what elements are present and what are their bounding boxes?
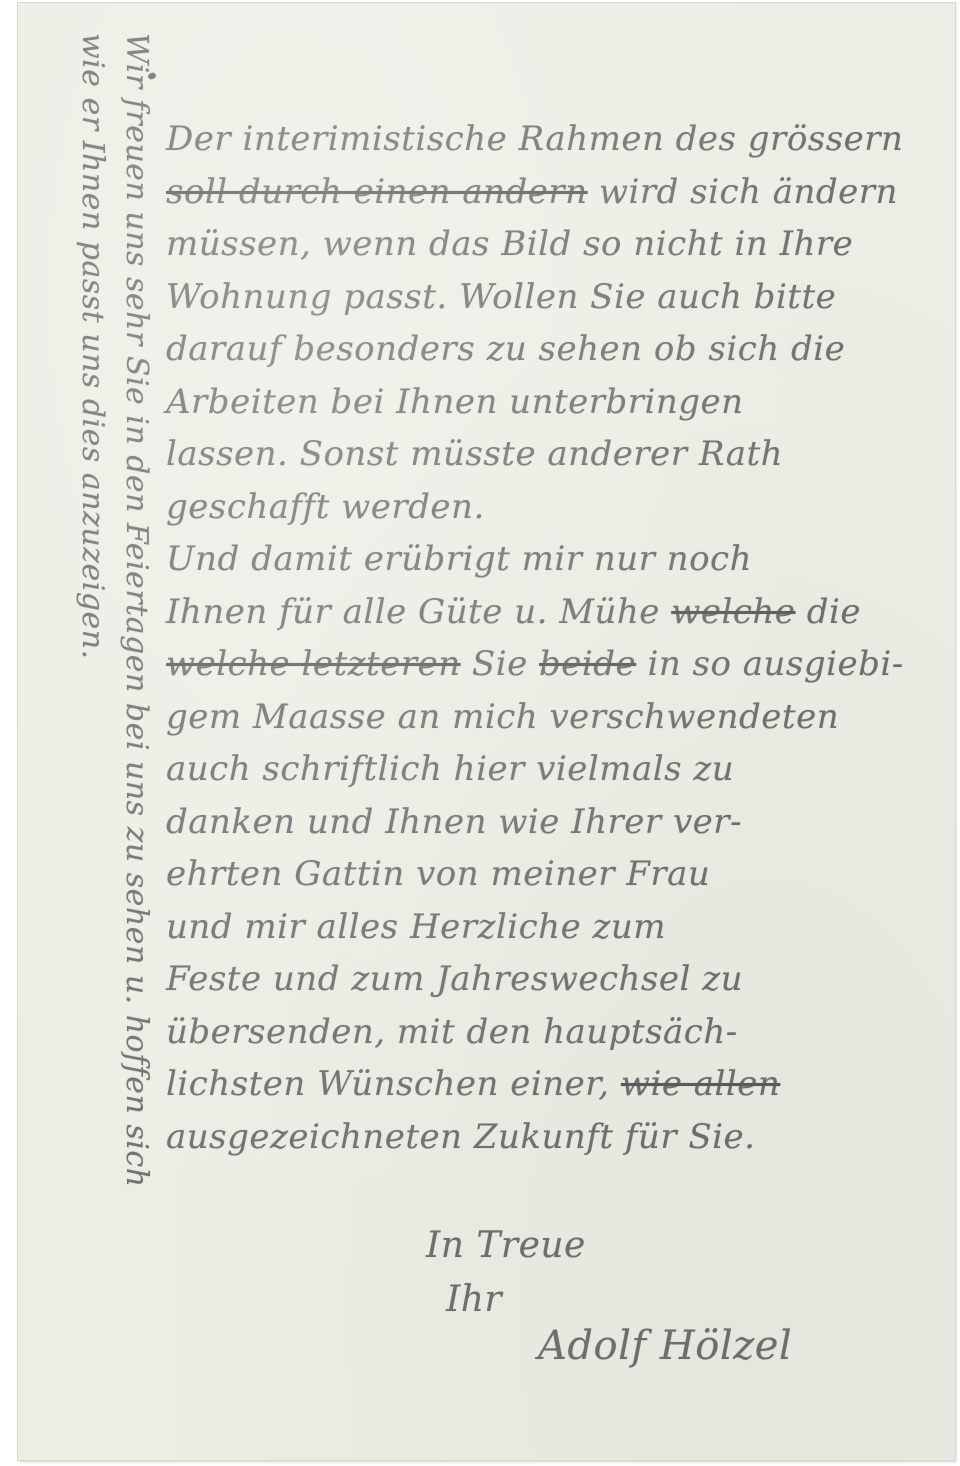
letter-line: welche letzteren Sie beide in so ausgieb… xyxy=(166,638,956,691)
closing-salutation: In Treue xyxy=(426,1225,586,1266)
signature: Adolf Hölzel xyxy=(538,1323,792,1369)
line-text: lichsten Wünschen einer, xyxy=(166,1064,621,1104)
line-text: geschafft werden. xyxy=(166,487,485,527)
margin-note: Wir freuen uns sehr Sie in den Feiertage… xyxy=(48,33,158,1373)
letter-line: darauf besonders zu sehen ob sich die xyxy=(166,323,956,376)
line-text: darauf besonders zu sehen ob sich die xyxy=(166,329,845,369)
struck-text: beide xyxy=(539,644,636,684)
letter-line: Wohnung passt. Wollen Sie auch bitte xyxy=(166,271,956,324)
closing-ihr: Ihr xyxy=(446,1279,502,1320)
letter-line: lichsten Wünschen einer, wie allen xyxy=(166,1058,956,1111)
letter-line: übersenden, mit den hauptsäch- xyxy=(166,1006,956,1059)
struck-text: wie allen xyxy=(621,1064,780,1104)
letter-line: gem Maasse an mich verschwendeten xyxy=(166,691,956,744)
line-text: Wohnung passt. Wollen Sie auch bitte xyxy=(166,277,836,317)
letter-line: danken und Ihnen wie Ihrer ver- xyxy=(166,796,956,849)
letter-line: auch schriftlich hier vielmals zu xyxy=(166,743,956,796)
letter-line: Feste und zum Jahreswechsel zu xyxy=(166,953,956,1006)
letter-line: geschafft werden. xyxy=(166,481,956,534)
line-text: ausgezeichneten Zukunft für Sie. xyxy=(166,1117,755,1157)
letter-line: Arbeiten bei Ihnen unterbringen xyxy=(166,376,956,429)
line-text: Feste und zum Jahreswechsel zu xyxy=(166,959,743,999)
struck-text: soll durch einen andern xyxy=(166,172,588,212)
line-text: in so ausgiebi- xyxy=(636,644,904,684)
struck-text: welche xyxy=(671,592,795,632)
struck-text: welche letzteren xyxy=(166,644,461,684)
letter-line: soll durch einen andern wird sich ändern xyxy=(166,166,956,219)
letter-line: ehrten Gattin von meiner Frau xyxy=(166,848,956,901)
letter-line: Der interimistische Rahmen des grössern xyxy=(166,113,956,166)
line-text: auch schriftlich hier vielmals zu xyxy=(166,749,734,789)
letter-line: ausgezeichneten Zukunft für Sie. xyxy=(166,1111,956,1164)
letter-line: Ihnen für alle Güte u. Mühe welche die xyxy=(166,586,956,639)
letter-line: lassen. Sonst müsste anderer Rath xyxy=(166,428,956,481)
line-text: Der interimistische Rahmen des grössern xyxy=(166,119,903,159)
line-text: lassen. Sonst müsste anderer Rath xyxy=(166,434,783,474)
line-text: gem Maasse an mich verschwendeten xyxy=(166,697,839,737)
letter-line: Und damit erübrigt mir nur noch xyxy=(166,533,956,586)
line-text: Sie xyxy=(461,644,539,684)
line-text: Und damit erübrigt mir nur noch xyxy=(166,539,752,579)
letter-paper: Wir freuen uns sehr Sie in den Feiertage… xyxy=(18,3,955,1460)
line-text: übersenden, mit den hauptsäch- xyxy=(166,1012,738,1052)
margin-note-line-1: Wir freuen uns sehr Sie in den Feiertage… xyxy=(114,33,158,1373)
line-text: und mir alles Herzliche zum xyxy=(166,907,666,947)
line-text: müssen, wenn das Bild so nicht in Ihre xyxy=(166,224,853,264)
margin-note-line-2: wie er Ihnen passt uns dies anzuzeigen. xyxy=(70,33,114,1373)
line-text: die xyxy=(795,592,861,632)
line-text: Arbeiten bei Ihnen unterbringen xyxy=(166,382,744,422)
line-text: danken und Ihnen wie Ihrer ver- xyxy=(166,802,742,842)
letter-body: Der interimistische Rahmen des grösserns… xyxy=(166,113,956,1163)
line-text: Ihnen für alle Güte u. Mühe xyxy=(166,592,671,632)
letter-line: müssen, wenn das Bild so nicht in Ihre xyxy=(166,218,956,271)
line-text: ehrten Gattin von meiner Frau xyxy=(166,854,710,894)
letter-line: und mir alles Herzliche zum xyxy=(166,901,956,954)
line-text: wird sich ändern xyxy=(588,172,898,212)
